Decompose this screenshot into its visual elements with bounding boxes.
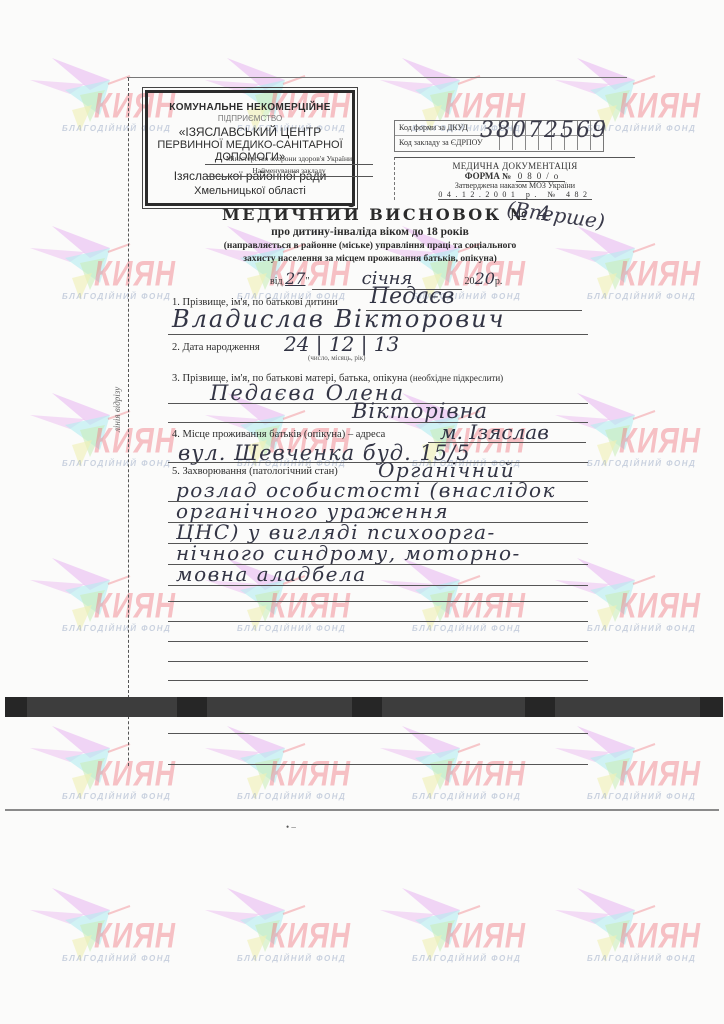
form-doc-type: МЕДИЧНА ДОКУМЕНТАЦІЯ xyxy=(395,161,635,171)
dob-value: 24 | 12 | 13 xyxy=(284,332,399,356)
rule xyxy=(168,764,588,765)
watermark-subtitle: БЛАГОДІЙНИЙ ФОНД xyxy=(237,792,346,801)
subtitle-3: захисту населення за місцем проживання б… xyxy=(160,254,580,264)
watermark-subtitle: БЛАГОДІЙНИЙ ФОНД xyxy=(587,954,696,963)
dkud-label: Код форми за ДКУД xyxy=(399,123,468,132)
empty-rule xyxy=(168,641,588,642)
bird-logo-icon xyxy=(555,880,705,970)
form-approved: Затверджена наказом МОЗ України xyxy=(395,181,635,190)
kyian-watermark: КИЯНБЛАГОДІЙНИЙ ФОНД xyxy=(30,550,180,640)
watermark-name: КИЯН xyxy=(269,754,351,794)
bird-logo-icon xyxy=(30,550,180,640)
bird-logo-icon xyxy=(30,385,180,475)
institution-name-label: Найменування закладу xyxy=(205,165,373,177)
rule xyxy=(168,733,588,734)
edrpou-value: 38072569 xyxy=(480,118,608,143)
watermark-subtitle: БЛАГОДІЙНИЙ ФОНД xyxy=(412,624,521,633)
scan-speck: • – xyxy=(286,822,296,832)
subtitle-1: про дитину-інваліда віком до 18 років xyxy=(160,226,580,238)
child-given-names: Владислав Вікторович xyxy=(172,305,506,333)
watermark-subtitle: БЛАГОДІЙНИЙ ФОНД xyxy=(587,624,696,633)
watermark-subtitle: БЛАГОДІЙНИЙ ФОНД xyxy=(62,792,171,801)
bird-logo-icon xyxy=(555,718,705,808)
watermark-name: КИЯН xyxy=(94,586,176,626)
watermark-subtitle: БЛАГОДІЙНИЙ ФОНД xyxy=(62,954,171,963)
date-year: 20 xyxy=(475,269,495,288)
kyian-watermark: КИЯНБЛАГОДІЙНИЙ ФОНД xyxy=(30,880,180,970)
watermark-subtitle: БЛАГОДІЙНИЙ ФОНД xyxy=(587,292,696,301)
watermark-name: КИЯН xyxy=(94,754,176,794)
watermark-name: КИЯН xyxy=(619,754,701,794)
disease-label: 5. Захворювання (патологічний стан) xyxy=(172,466,338,477)
dob-label: 2. Дата народження xyxy=(172,342,260,353)
watermark-name: КИЯН xyxy=(444,754,526,794)
kyian-watermark: КИЯНБЛАГОДІЙНИЙ ФОНД xyxy=(555,718,705,808)
kyian-watermark: КИЯНБЛАГОДІЙНИЙ ФОНД xyxy=(30,718,180,808)
cut-line-lower xyxy=(128,716,129,766)
stamp-line-3: «ІЗЯСЛАВСЬКИЙ ЦЕНТР xyxy=(148,125,352,139)
kyian-watermark: КИЯНБЛАГОДІЙНИЙ ФОНД xyxy=(380,880,530,970)
edrpou-label: Код закладу за ЄДРПОУ xyxy=(399,138,483,147)
subtitle-2: (направляється в районне (міське) управл… xyxy=(160,241,580,251)
kyian-watermark: КИЯНБЛАГОДІЙНИЙ ФОНД xyxy=(205,718,355,808)
stamp-line-4: ПЕРВИННОЇ МЕДИКО-САНІТАРНОЇ xyxy=(148,139,352,151)
dob-hint: (число, місяць, рік) xyxy=(308,354,366,362)
ministry-header: Міністерство охорони здоров'я України На… xyxy=(205,153,373,177)
watermark-name: КИЯН xyxy=(619,254,701,294)
form-number-row: ФОРМА № 080/о xyxy=(395,171,635,181)
stamp-line-7: Хмельницької області xyxy=(148,185,352,197)
date-day: 27 xyxy=(285,269,305,288)
top-rule xyxy=(127,77,627,78)
watermark-subtitle: БЛАГОДІЙНИЙ ФОНД xyxy=(412,954,521,963)
stamp-line-1: КОМУНАЛЬНЕ НЕКОМЕРЦІЙНЕ xyxy=(148,102,352,113)
kyian-watermark: КИЯНБЛАГОДІЙНИЙ ФОНД xyxy=(555,880,705,970)
bird-logo-icon xyxy=(30,880,180,970)
bird-logo-icon xyxy=(380,880,530,970)
cut-line xyxy=(128,78,129,698)
form-box: МЕДИЧНА ДОКУМЕНТАЦІЯ ФОРМА № 080/о Затве… xyxy=(394,157,635,200)
watermark-name: КИЯН xyxy=(444,586,526,626)
kyian-watermark: КИЯНБЛАГОДІЙНИЙ ФОНД xyxy=(380,718,530,808)
page-edge xyxy=(5,809,719,811)
watermark-subtitle: БЛАГОДІЙНИЙ ФОНД xyxy=(412,792,521,801)
watermark-subtitle: БЛАГОДІЙНИЙ ФОНД xyxy=(62,624,171,633)
scanner-artifact-band xyxy=(5,697,723,717)
institution-stamp: КОМУНАЛЬНЕ НЕКОМЕРЦІЙНЕ ПІДПРИЄМСТВО «ІЗ… xyxy=(145,90,355,206)
watermark-subtitle: БЛАГОДІЙНИЙ ФОНД xyxy=(587,792,696,801)
watermark-name: КИЯН xyxy=(619,421,701,461)
bird-logo-icon xyxy=(205,718,355,808)
watermark-subtitle: БЛАГОДІЙНИЙ ФОНД xyxy=(62,459,171,468)
disease-line: мовна аладбела xyxy=(176,562,367,586)
bird-logo-icon xyxy=(30,718,180,808)
empty-rule xyxy=(168,621,588,622)
watermark-name: КИЯН xyxy=(619,586,701,626)
document-title: МЕДИЧНИЙ ВИСНОВОК № 4 xyxy=(222,201,553,225)
rule xyxy=(168,585,588,586)
watermark-subtitle: БЛАГОДІЙНИЙ ФОНД xyxy=(587,459,696,468)
bird-logo-icon xyxy=(205,880,355,970)
kyian-watermark: КИЯНБЛАГОДІЙНИЙ ФОНД xyxy=(205,880,355,970)
kyian-watermark: КИЯНБЛАГОДІЙНИЙ ФОНД xyxy=(30,385,180,475)
kyian-watermark: КИЯНБЛАГОДІЙНИЙ ФОНД xyxy=(30,218,180,308)
watermark-name: КИЯН xyxy=(269,916,351,956)
watermark-subtitle: БЛАГОДІЙНИЙ ФОНД xyxy=(62,292,171,301)
watermark-name: КИЯН xyxy=(269,586,351,626)
watermark-name: КИЯН xyxy=(619,86,701,126)
watermark-name: КИЯН xyxy=(94,916,176,956)
empty-rule xyxy=(168,601,588,602)
watermark-subtitle: БЛАГОДІЙНИЙ ФОНД xyxy=(237,954,346,963)
stamp-line-2: ПІДПРИЄМСТВО xyxy=(148,114,352,123)
cut-line-label: лінія відрізу xyxy=(112,387,122,432)
watermark-name: КИЯН xyxy=(444,916,526,956)
bird-logo-icon xyxy=(380,718,530,808)
bird-logo-icon xyxy=(30,218,180,308)
empty-rule xyxy=(168,661,588,662)
address-label: 4. Місце проживання батьків (опікуна) – … xyxy=(172,429,385,440)
empty-rule xyxy=(168,680,588,681)
ministry-name: Міністерство охорони здоров'я України xyxy=(205,153,373,165)
watermark-name: КИЯН xyxy=(619,916,701,956)
watermark-subtitle: БЛАГОДІЙНИЙ ФОНД xyxy=(237,624,346,633)
form-label: ФОРМА № xyxy=(465,171,511,181)
watermark-name: КИЯН xyxy=(94,421,176,461)
